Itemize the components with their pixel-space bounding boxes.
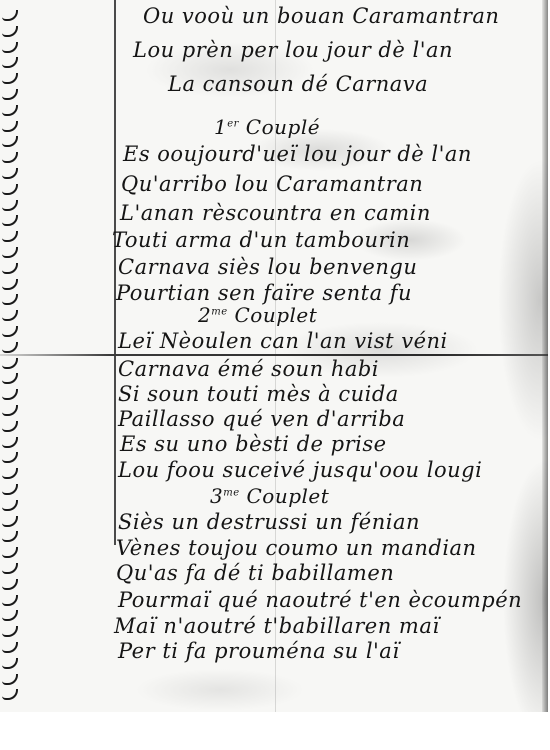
verse-1-line-2: Qu'arribo lou Caramantran: [121, 172, 423, 196]
spiral-ring: [2, 452, 18, 463]
verse-3-heading-word: Couplet: [247, 484, 330, 508]
spiral-ring: [2, 610, 18, 621]
spiral-ring: [2, 437, 18, 448]
spiral-ring: [2, 152, 18, 163]
verse-2-heading-word: Couplet: [235, 303, 318, 327]
verse-1-line-6: Pourtian sen faïre senta fu: [116, 281, 412, 305]
spiral-ring: [2, 484, 18, 495]
torn-right-edge: [542, 0, 548, 712]
spiral-ring: [2, 642, 18, 653]
spiral-ring: [2, 184, 18, 195]
verse-3-line-5: Maï n'aoutré t'babillaren maï: [114, 614, 440, 638]
spiral-ring: [2, 579, 18, 590]
spiral-ring: [2, 342, 18, 353]
spiral-ring: [2, 563, 18, 574]
verse-3-line-4: Pourmaï qué naoutré t'en ècoumpén: [118, 588, 522, 612]
spiral-ring: [2, 10, 18, 21]
spiral-ring: [2, 105, 18, 116]
verse-3-heading: 3me Couplet: [210, 484, 329, 508]
spiral-ring: [2, 89, 18, 100]
spiral-ring: [2, 310, 18, 321]
spiral-ring: [2, 247, 18, 258]
spiral-ring: [2, 626, 18, 637]
spiral-ring: [2, 658, 18, 669]
spiral-ring: [2, 531, 18, 542]
verse-3-line-1: Siès un destrussi un fénian: [118, 510, 420, 534]
spiral-ring: [2, 689, 18, 700]
verse-2-line-3: Si soun touti mès à cuida: [118, 382, 399, 406]
verse-1-heading-number: 1: [214, 115, 227, 139]
spiral-ring: [2, 73, 18, 84]
spiral-ring: [2, 373, 18, 384]
spiral-ring: [2, 231, 18, 242]
verse-3-line-2: Vènes toujou coumo un mandian: [116, 536, 477, 560]
verse-2-line-4: Paillasso qué ven d'arriba: [118, 407, 405, 431]
verse-3-line-6: Per ti fa prouména su l'aï: [118, 639, 400, 663]
spiral-ring: [2, 26, 18, 37]
spiral-ring: [2, 358, 18, 369]
spiral-ring: [2, 121, 18, 132]
title-line-1: Ou vooù un bouan Caramantran: [143, 4, 499, 28]
verse-1-line-4: Touti arma d'un tambourin: [112, 228, 410, 252]
spiral-binding: [0, 10, 22, 710]
title-line-2: Lou prèn per lou jour dè l'an: [133, 38, 453, 62]
spiral-ring: [2, 42, 18, 53]
verse-2-line-5: Es su uno bèsti de prise: [120, 432, 387, 456]
spiral-ring: [2, 136, 18, 147]
spiral-ring: [2, 263, 18, 274]
spiral-ring: [2, 168, 18, 179]
verse-1-heading-word: Couplé: [246, 115, 320, 139]
verse-2-line-6: Lou foou suceivé jusqu'oou lougi: [118, 458, 482, 482]
verse-2-heading-number: 2: [198, 303, 211, 327]
spiral-ring: [2, 389, 18, 400]
spiral-ring: [2, 326, 18, 337]
verse-2-heading: 2me Couplet: [198, 303, 317, 327]
horizontal-fold-crease: [0, 354, 548, 356]
verse-1-heading: 1er Couplé: [214, 115, 320, 139]
spiral-ring: [2, 57, 18, 68]
verse-3-heading-number: 3: [210, 484, 223, 508]
verse-3-heading-ordinal: me: [223, 487, 239, 498]
spiral-ring: [2, 405, 18, 416]
spiral-ring: [2, 200, 18, 211]
verse-1-line-1: Es ooujourd'ueï lou jour dè l'an: [123, 142, 472, 166]
verse-1-line-3: L'anan rèscountra en camin: [120, 201, 431, 225]
verse-1-line-5: Carnava siès lou benvengu: [118, 255, 417, 279]
verse-2-heading-ordinal: me: [211, 306, 227, 317]
spiral-ring: [2, 674, 18, 685]
verse-3-line-3: Qu'as fa dé ti babillamen: [116, 561, 394, 585]
spiral-ring: [2, 500, 18, 511]
margin-rule: [114, 0, 116, 545]
spiral-ring: [2, 421, 18, 432]
spiral-ring: [2, 595, 18, 606]
spiral-ring: [2, 516, 18, 527]
spiral-ring: [2, 294, 18, 305]
spiral-ring: [2, 547, 18, 558]
verse-1-heading-ordinal: er: [227, 118, 239, 129]
verse-2-line-2: Carnava émé soun habi: [118, 357, 379, 381]
spiral-ring: [2, 215, 18, 226]
verse-2-line-1: Leï Nèoulen can l'an vist véni: [118, 329, 448, 353]
spiral-ring: [2, 279, 18, 290]
spiral-ring: [2, 468, 18, 479]
manuscript-page: Ou vooù un bouan Caramantran Lou prèn pe…: [0, 0, 548, 712]
title-line-3: La cansoun dé Carnava: [168, 72, 428, 96]
